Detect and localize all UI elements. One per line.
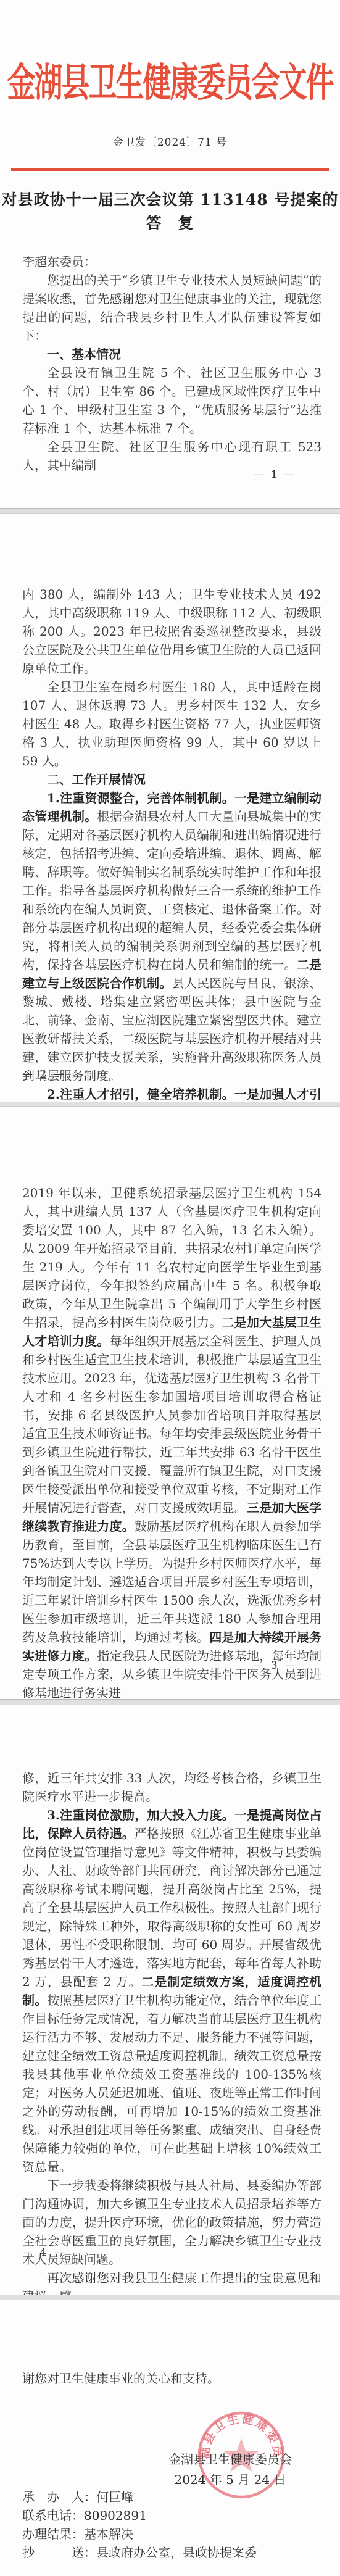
paragraph: 内 380 人，编制外 143 人；卫生专业技术人员 492 人，其中高级职称 … xyxy=(22,585,321,678)
paragraph: 您提出的关于“乡镇卫生专业技术人员短缺问题”的提案收悉，首先感谢您对卫生健康事业… xyxy=(22,271,321,345)
page-1: 金湖县卫生健康委员会文件 金卫发〔2024〕71 号 对县政协十一届三次会议第 … xyxy=(0,0,340,508)
paragraph: 2019 年以来，卫健系统招录基层医疗卫生机构 154 人，其中进编人员 137… xyxy=(22,1184,321,1699)
paragraph: 李超东委员： xyxy=(22,252,321,271)
page-separator xyxy=(0,1699,340,1705)
paragraph: 全县设有镇卫生院 5 个、社区卫生服务中心 3 个、村（居）卫生室 86 个。已… xyxy=(22,364,321,438)
signature-date: 2024 年 5 月 24 日 xyxy=(168,2470,292,2490)
signature-org: 金湖县卫生健康委员会 xyxy=(168,2449,292,2470)
page-number-1: — 1 — xyxy=(253,468,297,481)
document-title-line2: 答 复 xyxy=(0,212,340,235)
signature-block: 金湖县卫生健康委员会 2024 年 5 月 24 日 xyxy=(168,2449,292,2490)
paragraph: 承 办 人：何巨峰 xyxy=(22,2488,257,2506)
page-number-4: — 4 — xyxy=(22,2246,66,2259)
paragraph: 抄 送：县政府办公室，县政协提案委 xyxy=(22,2543,257,2562)
page-5-body: 谢您对卫生健康事业的关心和支持。 xyxy=(0,2300,340,2388)
paragraph: 办理结果：基本解决 xyxy=(22,2525,257,2543)
document-title: 对县政协十一届三次会议第 113148 号提案的 答 复 xyxy=(0,188,340,235)
red-divider xyxy=(11,168,329,171)
contact-info: 承 办 人：何巨峰联系电话：80902891办理结果：基本解决抄 送：县政府办公… xyxy=(22,2488,257,2562)
page-4-body: 修，近三年共安排 33 人次，均经考核合格，乡镇卫生院医疗水平进一步提高。3.注… xyxy=(0,1705,340,2295)
page-separator xyxy=(0,1102,340,1107)
paragraph: 全县卫生室在岗乡村医生 180 人，其中适龄在岗 107 人、退休返聘 73 人… xyxy=(22,678,321,770)
paragraph: 联系电话：80902891 xyxy=(22,2506,257,2525)
page-1-body: 李超东委员：您提出的关于“乡镇卫生专业技术人员短缺问题”的提案收悉，首先感谢您对… xyxy=(0,252,340,475)
banner-title: 金湖县卫生健康委员会文件 xyxy=(7,51,333,108)
paragraph: 2.注重人才招引，健全培养机制。一是加强人才引育力度。 xyxy=(22,1085,321,1102)
paragraph: 下一步我委将继续积极与县人社局、县委编办等部门沟通协调，加大乡镇卫生专业技术人员… xyxy=(22,2176,321,2269)
page-2-body: 内 380 人，编制外 143 人；卫生专业技术人员 492 人，其中高级职称 … xyxy=(0,514,340,1102)
paragraph: 3.注重岗位激励，加大投入力度。一是提高岗位占比，保障人员待遇。严格按照《江苏省… xyxy=(22,1806,321,2176)
paragraph: 一、基本情况 xyxy=(22,345,321,364)
page-3-body: 2019 年以来，卫健系统招录基层医疗卫生机构 154 人，其中进编人员 137… xyxy=(0,1107,340,1699)
page-separator xyxy=(0,508,340,514)
document-title-line1: 对县政协十一届三次会议第 113148 号提案的 xyxy=(0,188,340,212)
page-5: 谢您对卫生健康事业的关心和支持。 金湖县卫生健康委员会 金湖县卫生健康委员会 2… xyxy=(0,2300,340,2576)
page-separator xyxy=(0,2295,340,2300)
page-number-3: — 3 — xyxy=(253,1660,297,1672)
paragraph: 1.注重资源整合，完善体制机制。一是建立编制动态管理机制。根据金湖县农村人口大量… xyxy=(22,789,321,1085)
paragraph: 再次感谢您对我县卫生健康工作提出的宝贵意见和建议，感 xyxy=(22,2269,321,2295)
page-4: 修，近三年共安排 33 人次，均经考核合格，乡镇卫生院医疗水平进一步提高。3.注… xyxy=(0,1705,340,2295)
official-document: 金湖县卫生健康委员会文件 金卫发〔2024〕71 号 对县政协十一届三次会议第 … xyxy=(0,0,340,2576)
document-number: 金卫发〔2024〕71 号 xyxy=(0,133,340,149)
page-3: 2019 年以来，卫健系统招录基层医疗卫生机构 154 人，其中进编人员 137… xyxy=(0,1107,340,1699)
paragraph: 二、工作开展情况 xyxy=(22,770,321,789)
paragraph: 修，近三年共安排 33 人次，均经考核合格，乡镇卫生院医疗水平进一步提高。 xyxy=(22,1769,321,1806)
paragraph: 谢您对卫生健康事业的关心和支持。 xyxy=(22,2369,321,2388)
page-2: 内 380 人，编制外 143 人；卫生专业技术人员 492 人，其中高级职称 … xyxy=(0,514,340,1102)
page-number-2: — 2 — xyxy=(22,1068,66,1081)
document-banner: 金湖县卫生健康委员会文件 xyxy=(0,0,340,105)
